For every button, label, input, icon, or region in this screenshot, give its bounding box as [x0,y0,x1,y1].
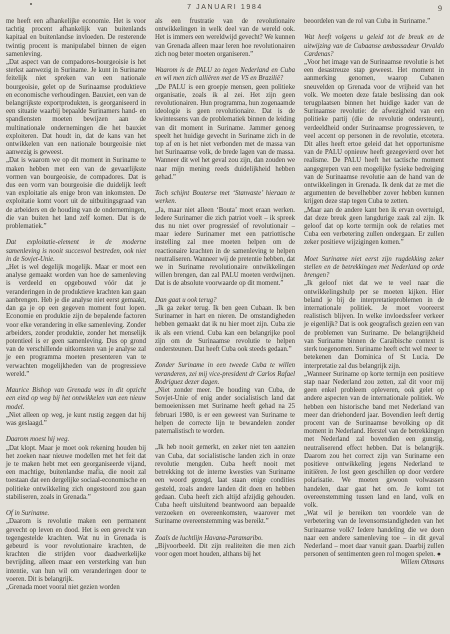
paragraph: „Niet alleen op weg, je kunt rustig zegg… [6,412,146,428]
paragraph: „Grenada moet vooral niet gezien worden [6,584,146,592]
paragraph: „De PALU is een groepje mensen, geen pol… [155,84,295,182]
paragraph: „Niet zonder meer. De houding van Cuba, … [155,387,295,436]
paragraph: als een frustratie van de revolutionaire… [155,18,295,59]
article-body: me heeft een afhankelijke economie. Het … [0,15,450,592]
page-number: 9 [438,4,442,13]
paragraph: „Wat wil je bereiken ten voordele van de… [304,510,444,559]
interview-question: Zoals de luchtlijn Havana-Paramaribo. [155,535,295,543]
article-column-2: als een frustratie van de revolutionaire… [155,18,295,559]
paragraph: beoordelen van de rol van Cuba in Surina… [304,18,444,26]
paragraph: „Ik heb nooit gemerkt, en zeker niet ten… [155,444,295,526]
article-column-3: beoordelen van de rol van Cuba in Surina… [304,18,444,568]
paragraph: „Ja, maar niet alleen ‘Bouta’ moet eraan… [155,207,295,289]
scan-speck [30,3,32,5]
interview-question: Wat heeft volgens u geleid tot de breuk … [304,34,444,59]
paragraph: „Wanneer Suriname op korte termijn een p… [304,371,444,510]
paragraph: me heeft een afhankelijke economie. Het … [6,18,146,59]
interview-question: Toch schijnt Bouterse met ‘Stanvaste’ hi… [155,190,295,206]
interview-question: Daarom moest hij weg. [6,436,146,444]
author-signature: Willem Oltmans [304,559,444,567]
interview-question: Dat exploitatie-element in de moderne sa… [6,239,146,264]
paragraph: „Dat aspect van de compadores-bourgeoisi… [6,59,146,157]
paragraph: „Maar aan de andere kant ben ik ervan ov… [304,207,444,248]
paragraph: „Bijvoorbeeld. Dit zijn realiteiten die … [155,543,295,559]
paragraph: „Het is wel degelijk mogelijk. Maar er m… [6,264,146,379]
article-column-1: me heeft een afhankelijke economie. Het … [6,18,146,592]
page-masthead: 7 JANUARI 1984 9 [0,0,450,15]
paragraph: „Dat klopt. Maar je moet ook rekening ho… [6,445,146,502]
paragraph: „Ik geloof niet dat we te veel naar die … [304,280,444,370]
paragraph: „Ik ga zeker terug. Ik ben geen Cubaan. … [155,305,295,354]
interview-question: Zonder Suriname in een tweede Cuba te wi… [155,362,295,387]
masthead-date: 7 JANUARI 1984 [0,4,450,11]
newspaper-page: 7 JANUARI 1984 9 me heeft een afhankelij… [0,0,450,634]
interview-question: Of in Suriname. [6,510,146,518]
interview-question: Waarom is de PALU zo tegen Nederland en … [155,67,295,83]
paragraph: „Daarom is revolutie maken een permanent… [6,518,146,584]
paragraph: „Dat is waarom we op dit moment in Surin… [6,157,146,231]
interview-question: Dan gaat u ook terug? [155,297,295,305]
interview-question: Moet Suriname niet eerst zijn rugdekking… [304,256,444,281]
paragraph: „Voor het image van de Surinaamse revolu… [304,59,444,207]
interview-question: Maurice Bishop van Grenada was in dit op… [6,387,146,412]
